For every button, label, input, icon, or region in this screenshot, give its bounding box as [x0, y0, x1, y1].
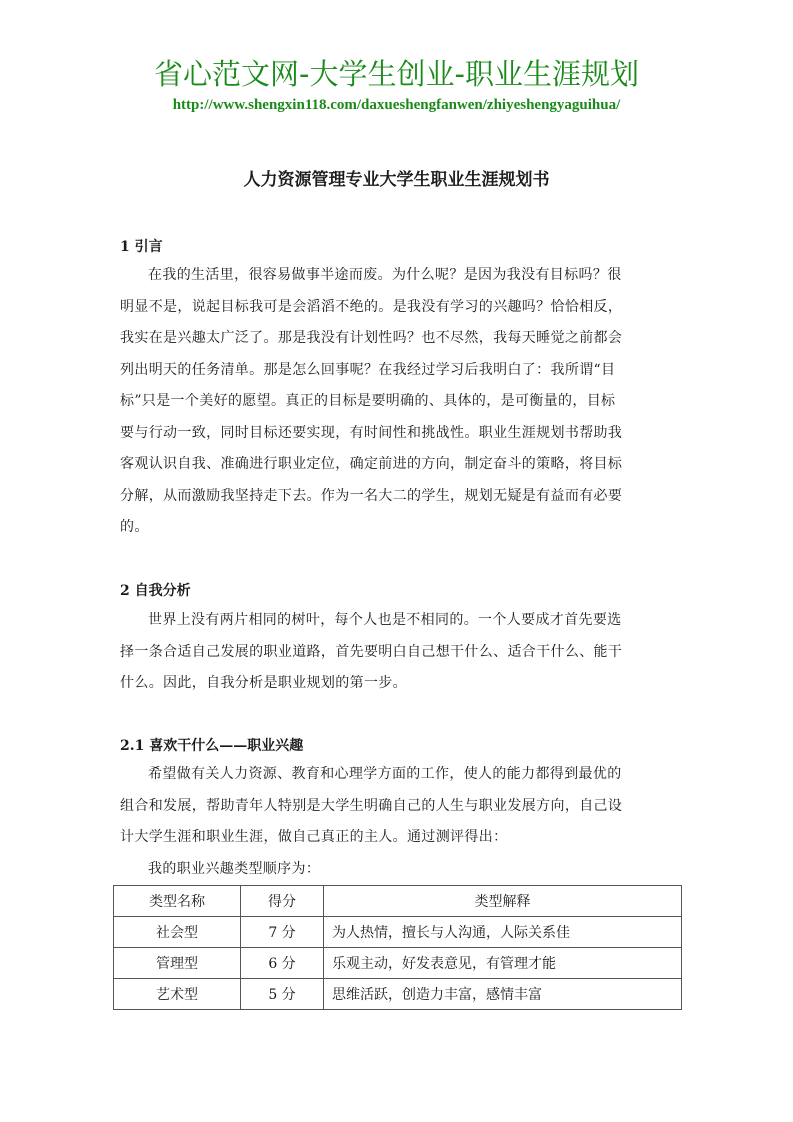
header-cell-score: 得分	[241, 886, 324, 917]
interest-table: 类型名称 得分 类型解释 社会型 7 分 为人热情，擅长与人沟通，人际关系佳 管…	[113, 885, 682, 1010]
cell-score: 6 分	[241, 948, 324, 979]
header-cell-type-name: 类型名称	[114, 886, 241, 917]
paragraph-line: 在我的生活里，很容易做事半途而废。为什么呢？是因为我没有目标吗？很	[120, 260, 682, 292]
section-heading-interest: 2.1 喜欢干什么——职业兴趣	[120, 736, 303, 756]
cell-score: 5 分	[241, 979, 324, 1010]
paragraph-line: 标”只是一个美好的愿望。真正的目标是要明确的、具体的，是可衡量的，目标	[120, 386, 682, 418]
paragraph-line: 客观认识自我、准确进行职业定位，确定前进的方向，制定奋斗的策略，将目标	[120, 449, 682, 481]
cell-type-name: 艺术型	[114, 979, 241, 1010]
cell-score: 7 分	[241, 917, 324, 948]
paragraph-line: 组合和发展，帮助青年人特别是大学生明确自己的人生与职业发展方向，自己设	[120, 791, 682, 823]
paragraph-line: 分解，从而激励我坚持走下去。作为一名大二的学生，规划无疑是有益而有必要	[120, 481, 682, 513]
paragraph-line: 计大学生涯和职业生涯，做自己真正的主人。通过测评得出：	[120, 822, 682, 854]
paragraph-line: 明显不是，说起目标我可是会滔滔不绝的。是我没有学习的兴趣吗？恰恰相反，	[120, 292, 682, 324]
paragraph-line: 希望做有关人力资源、教育和心理学方面的工作，使人的能力都得到最优的	[120, 759, 682, 791]
site-url[interactable]: http://www.shengxin118.com/daxueshengfan…	[0, 96, 793, 114]
table-row: 社会型 7 分 为人热情，擅长与人沟通，人际关系佳	[114, 917, 682, 948]
document-title: 人力资源管理专业大学生职业生涯规划书	[0, 168, 793, 192]
paragraph-line: 择一条合适自己发展的职业道路，首先要明白自己想干什么、适合干什么、能干	[120, 637, 682, 669]
cell-explanation: 为人热情，擅长与人沟通，人际关系佳	[324, 917, 682, 948]
header-cell-explanation: 类型解释	[324, 886, 682, 917]
table-row: 艺术型 5 分 思维活跃，创造力丰富，感情丰富	[114, 979, 682, 1010]
section-paragraph-intro: 在我的生活里，很容易做事半途而废。为什么呢？是因为我没有目标吗？很 明显不是，说…	[120, 260, 682, 544]
section-paragraph-self-analysis: 世界上没有两片相同的树叶，每个人也是不相同的。一个人要成才首先要选 择一条合适自…	[120, 605, 682, 700]
cell-type-name: 管理型	[114, 948, 241, 979]
cell-explanation: 乐观主动，好发表意见，有管理才能	[324, 948, 682, 979]
paragraph-line: 世界上没有两片相同的树叶，每个人也是不相同的。一个人要成才首先要选	[120, 605, 682, 637]
section-heading-self-analysis: 2 自我分析	[120, 581, 191, 601]
paragraph-line: 列出明天的任务清单。那是怎么回事呢？在我经过学习后我明白了：我所谓“目	[120, 355, 682, 387]
cell-explanation: 思维活跃，创造力丰富，感情丰富	[324, 979, 682, 1010]
table-header-row: 类型名称 得分 类型解释	[114, 886, 682, 917]
section-heading-intro: 1 引言	[120, 237, 163, 257]
section-paragraph-interest: 希望做有关人力资源、教育和心理学方面的工作，使人的能力都得到最优的 组合和发展，…	[120, 759, 682, 885]
paragraph-line: 什么。因此，自我分析是职业规划的第一步。	[120, 668, 682, 700]
paragraph-line: 要与行动一致，同时目标还要实现，有时间性和挑战性。职业生涯规划书帮助我	[120, 418, 682, 450]
table-intro: 我的职业兴趣类型顺序为：	[120, 854, 682, 886]
cell-type-name: 社会型	[114, 917, 241, 948]
paragraph-line: 的。	[120, 512, 682, 544]
paragraph-line: 我实在是兴趣太广泛了。那是我没有计划性吗？也不尽然，我每天睡觉之前都会	[120, 323, 682, 355]
table-row: 管理型 6 分 乐观主动，好发表意见，有管理才能	[114, 948, 682, 979]
site-title: 省心范文网-大学生创业-职业生涯规划	[0, 56, 793, 92]
